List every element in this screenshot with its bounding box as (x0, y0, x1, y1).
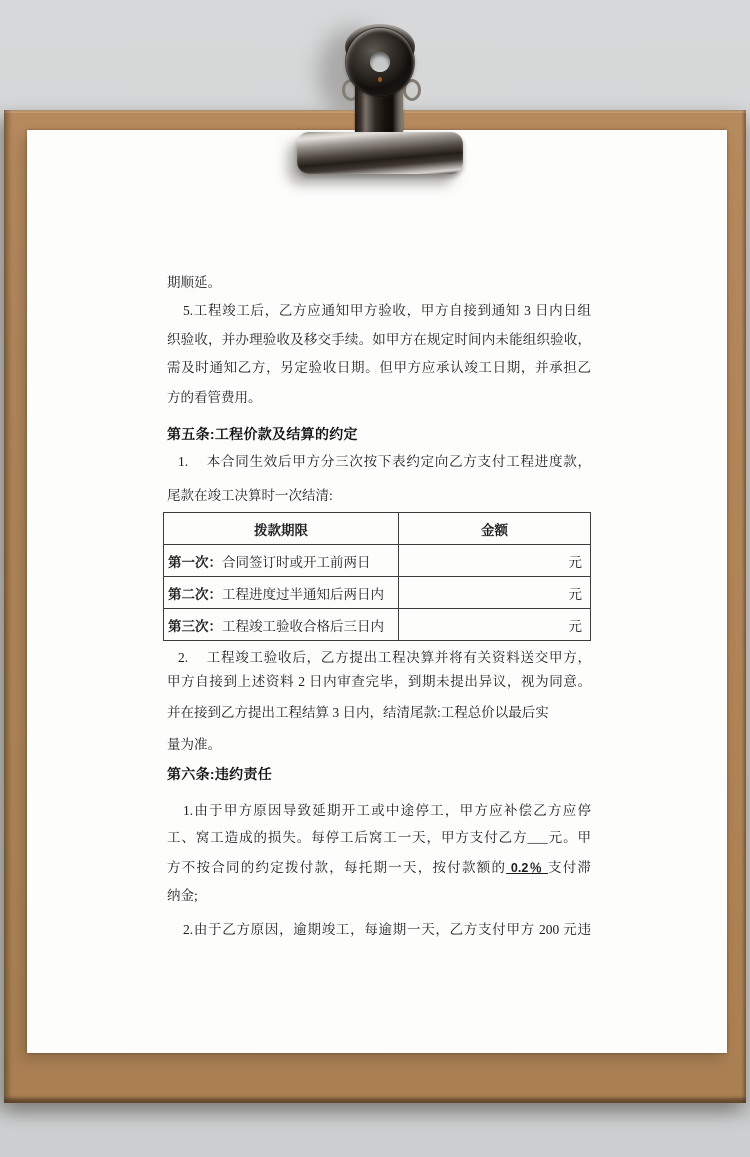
metal-binder-clip-icon (295, 15, 465, 180)
body-line: 方不按合同的约定拨付款，每托期一天，按付款额的 0.2％ 支付滞 (167, 853, 591, 883)
clip-knob (346, 28, 414, 96)
row-desc: 工程进度过半通知后两日内 (222, 587, 384, 602)
body-line: 需及时通知乙方，另定验收日期。但甲方应承认竣工日期，并承担乙 (167, 353, 591, 382)
column-header-period: 拨款期限 (164, 513, 399, 545)
amount-cell: 元 (399, 609, 591, 641)
row-label: 第一次： (168, 555, 222, 570)
table-header-row: 拨款期限 金额 (164, 513, 591, 545)
body-line: 尾款在竣工决算时一次结清: (167, 481, 591, 510)
contract-page: 5.工程竣工后，乙方应通知甲方验收，甲方自接到通知 3 日内日组 期顺延。 织验… (27, 130, 727, 1053)
table-row: 第三次：工程竣工验收合格后三日内 元 (164, 609, 591, 641)
body-line: 1.本合同生效后甲方分三次按下表约定向乙方支付工程进度款， (167, 447, 591, 476)
clip-glint (378, 77, 382, 82)
filled-blank-rate: 0.2％ (506, 861, 548, 875)
body-line: 织验收，并办理验收及移交手续。如甲方在规定时间内未能组织验收， (167, 325, 591, 354)
wall-background: 5.工程竣工后，乙方应通知甲方验收，甲方自接到通知 3 日内日组 期顺延。 织验… (0, 0, 750, 1157)
table-row: 第二次：工程进度过半通知后两日内 元 (164, 577, 591, 609)
body-text: 方不按合同的约定拨付款，每托期一天，按付款额的 (167, 860, 506, 875)
clip-bar (297, 132, 463, 174)
body-line: 5.工程竣工后，乙方应通知甲方验收，甲方自接到通知 3 日内日组 (167, 296, 591, 325)
body-line: 并在接到乙方提出工程结算 3 日内，结清尾款:工程总价以最后实 (167, 698, 591, 727)
period-cell: 第一次：合同签订时或开工前两日 (164, 545, 399, 577)
table-row: 第一次：合同签订时或开工前两日 元 (164, 545, 591, 577)
body-line: 2.由于乙方原因，逾期竣工，每逾期一天，乙方支付甲方 200 元违 (167, 915, 591, 944)
row-label: 第三次： (168, 619, 222, 634)
clip-knob-hole (370, 52, 390, 72)
period-cell: 第三次：工程竣工验收合格后三日内 (164, 609, 399, 641)
body-line: 甲方自接到上述资料 2 日内审查完毕，到期未提出异议，视为同意。 (167, 667, 591, 696)
payment-schedule-table: 拨款期限 金额 第一次：合同签订时或开工前两日 元 第二次：工程进度过半通知后两… (163, 512, 591, 641)
body-line: 量为准。 (167, 730, 591, 759)
body-line: 1.由于甲方原因导致延期开工或中途停工，甲方应补偿乙方应停 (167, 796, 591, 825)
body-line: 工、窝工造成的损失。每停工后窝工一天，甲方支付乙方___元。甲 (167, 823, 591, 852)
section-6-heading: 第六条:违约责任 (167, 760, 591, 789)
column-header-amount: 金额 (399, 513, 591, 545)
row-desc: 合同签订时或开工前两日 (222, 555, 371, 570)
list-number: 1. (167, 447, 206, 476)
amount-cell: 元 (399, 545, 591, 577)
section-5-heading: 第五条:工程价款及结算的约定 (167, 420, 591, 449)
amount-cell: 元 (399, 577, 591, 609)
body-line: 期顺延。 (167, 268, 591, 297)
body-text: 支付滞 (548, 860, 591, 875)
body-text: 本合同生效后甲方分三次按下表约定向乙方支付工程进度款， (206, 454, 591, 469)
body-line: 纳金; (167, 881, 591, 910)
body-text: 工程竣工验收后，乙方提出工程决算并将有关资料送交甲方， (206, 650, 591, 665)
clipboard: 5.工程竣工后，乙方应通知甲方验收，甲方自接到通知 3 日内日组 期顺延。 织验… (4, 110, 746, 1103)
row-label: 第二次： (168, 587, 222, 602)
period-cell: 第二次：工程进度过半通知后两日内 (164, 577, 399, 609)
row-desc: 工程竣工验收合格后三日内 (222, 619, 384, 634)
body-line: 方的看管费用。 (167, 383, 591, 412)
